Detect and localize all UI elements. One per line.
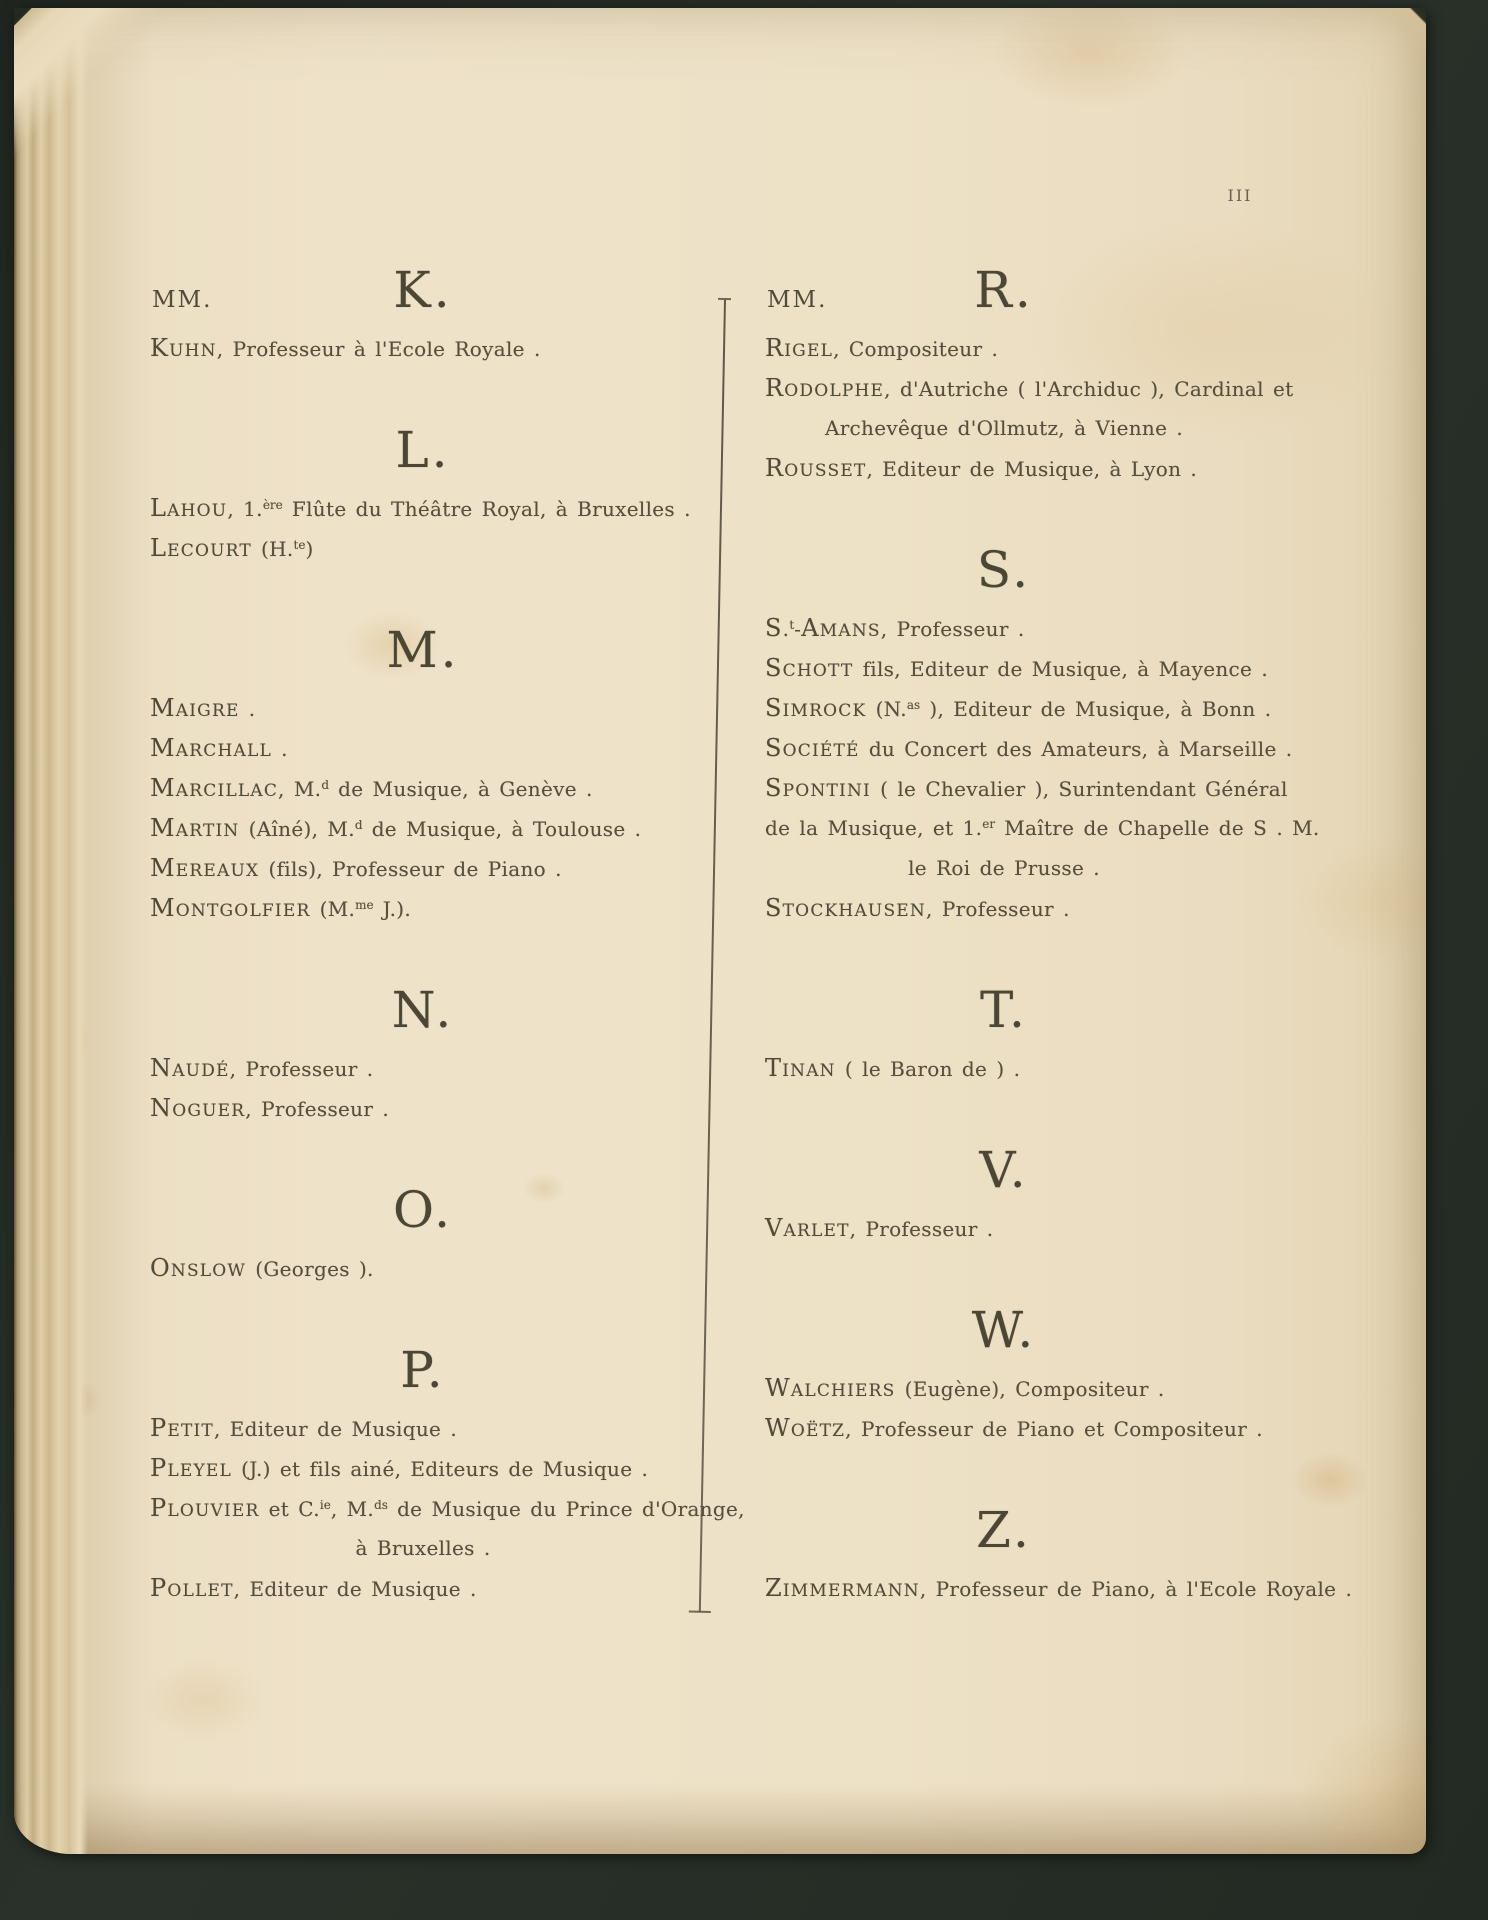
entry-line: Petit, Editeur de Musique . (150, 1408, 696, 1448)
entry-text: ( le Baron de ) . (836, 1057, 1020, 1081)
section-heading: M. (150, 622, 696, 678)
section-heading: P. (150, 1342, 696, 1398)
entry-line: Varlet, Professeur . (765, 1208, 1243, 1248)
section-heading: MM.K. (150, 262, 696, 318)
entry-line: Pleyel (J.) et fils ainé, Editeurs de Mu… (150, 1448, 696, 1488)
entry-name: Pleyel (150, 1454, 232, 1482)
page-edge-binding (14, 8, 88, 1854)
entry-text: ) (305, 537, 313, 561)
section-p: P.Petit, Editeur de Musique .Pleyel (J.)… (150, 1342, 696, 1608)
entry-line: le Roi de Prusse . (765, 848, 1243, 888)
entry-line: Marchall . (150, 728, 696, 768)
entry-text: , Professeur de Piano et Compositeur . (845, 1417, 1263, 1441)
section-heading: Z. (765, 1502, 1243, 1558)
section-heading: S. (765, 542, 1243, 598)
entry-text: (J.) et fils ainé, Editeurs de Musique . (232, 1457, 648, 1481)
superscript: d (321, 778, 329, 792)
entry-name: Mereaux (150, 854, 259, 882)
section-z: Z.Zimmermann, Professeur de Piano, à l'E… (765, 1502, 1243, 1608)
entry-line: Martin (Aîné), M.d de Musique, à Toulous… (150, 808, 696, 848)
entry-line: Rodolphe, d'Autriche ( l'Archiduc ), Car… (765, 368, 1243, 408)
section-letter: R. (974, 261, 1034, 319)
entry-name: Kuhn (150, 334, 217, 362)
entry-line: Plouvier et C.ie, M.ds de Musique du Pri… (150, 1488, 696, 1528)
entry-line: Simrock (N.as ), Editeur de Musique, à B… (765, 688, 1243, 728)
entry-name: Zimmermann (765, 1574, 920, 1602)
entry-text: , Editeur de Musique, à Lyon . (866, 457, 1197, 481)
entry-text: de la Musique, et 1. (765, 816, 982, 840)
entry-text: , Editeur de Musique . (234, 1577, 477, 1601)
entry-line: Société du Concert des Amateurs, à Marse… (765, 728, 1243, 768)
page: III MM.K.Kuhn, Professeur à l'Ecole Roya… (14, 8, 1426, 1854)
superscript: te (294, 538, 306, 552)
entry-text: à Bruxelles . (355, 1536, 490, 1560)
entry-text: de Musique du Prince d'Orange, (388, 1497, 745, 1521)
entry-text: (Georges ). (246, 1257, 374, 1281)
section-letter: M. (386, 621, 459, 679)
entry-name: Marcillac (150, 774, 278, 802)
section-letter: L. (395, 421, 450, 479)
entry-text: , Professeur . (850, 1217, 994, 1241)
section-k: MM.K.Kuhn, Professeur à l'Ecole Royale . (150, 262, 696, 368)
entry-name: Tinan (765, 1054, 836, 1082)
entry-name: Walchiers (765, 1374, 895, 1402)
entry-text: Archevêque d'Ollmutz, à Vienne . (825, 416, 1183, 440)
entry-line: Mereaux (fils), Professeur de Piano . (150, 848, 696, 888)
entry-line: S.t-Amans, Professeur . (765, 608, 1243, 648)
entry-text: , M. (278, 777, 321, 801)
entry-name: Onslow (150, 1254, 246, 1282)
entry-text: (N. (866, 697, 906, 721)
entry-name: Marchall (150, 734, 272, 762)
section-letter: O. (393, 1181, 453, 1239)
entry-text: du Concert des Amateurs, à Marseille . (860, 737, 1293, 761)
superscript: me (355, 898, 373, 912)
entry-text: de Musique, à Genève . (329, 777, 593, 801)
entry-name: Stockhausen (765, 894, 926, 922)
entry-text: . (240, 697, 256, 721)
section-letter: W. (972, 1301, 1037, 1359)
entry-text: (Aîné), M. (239, 817, 354, 841)
entry-text: J.). (374, 897, 411, 921)
section-heading: MM.R. (765, 262, 1243, 318)
section-letter: K. (393, 261, 452, 319)
entry-line: Walchiers (Eugène), Compositeur . (765, 1368, 1243, 1408)
entry-text: ), Editeur de Musique, à Bonn . (920, 697, 1271, 721)
entry-text: de Musique, à Toulouse . (363, 817, 642, 841)
entry-line: Montgolfier (M.me J.). (150, 888, 696, 928)
superscript: ds (374, 1498, 388, 1512)
entry-line: Tinan ( le Baron de ) . (765, 1048, 1243, 1088)
entry-text: , Compositeur . (833, 337, 998, 361)
entry-line: de la Musique, et 1.er Maître de Chapell… (765, 808, 1243, 848)
entry-name: Montgolfier (150, 894, 310, 922)
section-heading: T. (765, 982, 1243, 1038)
entry-line: Rousset, Editeur de Musique, à Lyon . (765, 448, 1243, 488)
column-right: MM.R.Rigel, Compositeur .Rodolphe, d'Aut… (765, 262, 1243, 1608)
section-t: T.Tinan ( le Baron de ) . (765, 982, 1243, 1088)
entry-text: fils, Editeur de Musique, à Mayence . (853, 657, 1268, 681)
section-letter: V. (979, 1141, 1028, 1199)
entry-line: Lecourt (H.te) (150, 528, 696, 568)
entry-line: Lahou, 1.ère Flûte du Théâtre Royal, à B… (150, 488, 696, 528)
entry-name: Spontini (765, 774, 871, 802)
entry-line: Zimmermann, Professeur de Piano, à l'Eco… (765, 1568, 1243, 1608)
entry-line: Rigel, Compositeur . (765, 328, 1243, 368)
entry-text: , Professeur à l'Ecole Royale . (217, 337, 541, 361)
entry-name: Plouvier (150, 1494, 260, 1522)
entry-text: (fils), Professeur de Piano . (259, 857, 562, 881)
entry-name: Pollet (150, 1574, 234, 1602)
entry-name: Rodolphe (765, 374, 884, 402)
folded-corner-top-left (14, 8, 174, 178)
section-n: N.Naudé, Professeur .Noguer, Professeur … (150, 982, 696, 1128)
entry-text: (Eugène), Compositeur . (895, 1377, 1164, 1401)
entry-name: S (765, 614, 783, 642)
entry-name: Petit (150, 1414, 214, 1442)
entry-name: Simrock (765, 694, 866, 722)
entry-name: Noguer (150, 1094, 245, 1122)
superscript: d (355, 818, 363, 832)
entry-name: Naudé (150, 1054, 230, 1082)
entry-text: (M. (310, 897, 355, 921)
section-letter: P. (400, 1341, 445, 1399)
entry-line: Maigre . (150, 688, 696, 728)
section-m: M.Maigre .Marchall .Marcillac, M.d de Mu… (150, 622, 696, 928)
section-letter: Z. (976, 1501, 1032, 1559)
entry-text: , Editeur de Musique . (214, 1417, 457, 1441)
section-s: S.S.t-Amans, Professeur .Schott fils, Ed… (765, 542, 1243, 928)
entry-text: , Professeur . (926, 897, 1070, 921)
entry-name: Varlet (765, 1214, 850, 1242)
entry-name: Amans (801, 614, 881, 642)
entry-name: Société (765, 734, 860, 762)
entry-name: Rigel (765, 334, 833, 362)
superscript: ère (263, 498, 283, 512)
section-r: MM.R.Rigel, Compositeur .Rodolphe, d'Aut… (765, 262, 1243, 488)
section-letter: S. (977, 541, 1031, 599)
entry-line: à Bruxelles . (150, 1528, 696, 1568)
section-letter: N. (392, 981, 454, 1039)
entry-name: Rousset (765, 454, 866, 482)
section-o: O.Onslow (Georges ). (150, 1182, 696, 1288)
entry-text: , Professeur . (245, 1097, 389, 1121)
superscript: er (982, 817, 995, 831)
entry-line: Spontini ( le Chevalier ), Surintendant … (765, 768, 1243, 808)
section-l: L.Lahou, 1.ère Flûte du Théâtre Royal, à… (150, 422, 696, 568)
entry-name: Lecourt (150, 534, 252, 562)
section-w: W.Walchiers (Eugène), Compositeur .Woëtz… (765, 1302, 1243, 1448)
entry-name: Schott (765, 654, 853, 682)
entry-line: Naudé, Professeur . (150, 1048, 696, 1088)
entry-line: Pollet, Editeur de Musique . (150, 1568, 696, 1608)
section-heading: V. (765, 1142, 1243, 1198)
entry-text: Flûte du Théâtre Royal, à Bruxelles . (283, 497, 691, 521)
entry-text: Maître de Chapelle de S . M. (995, 816, 1319, 840)
section-heading: L. (150, 422, 696, 478)
page-number: III (1210, 186, 1270, 205)
column-label: MM. (152, 289, 212, 312)
entry-text: , d'Autriche ( l'Archiduc ), Cardinal et (884, 377, 1293, 401)
entry-line: Archevêque d'Ollmutz, à Vienne . (765, 408, 1243, 448)
entry-name: Maigre (150, 694, 240, 722)
entry-name: Martin (150, 814, 239, 842)
entry-line: Noguer, Professeur . (150, 1088, 696, 1128)
section-heading: N. (150, 982, 696, 1038)
section-heading: O. (150, 1182, 696, 1238)
entry-text: , Professeur . (881, 617, 1025, 641)
section-v: V.Varlet, Professeur . (765, 1142, 1243, 1248)
entry-line: Onslow (Georges ). (150, 1248, 696, 1288)
entry-text: ( le Chevalier ), Surintendant Général (871, 777, 1288, 801)
scanned-book-page: { "colors": { "background": "#262d25", "… (0, 0, 1488, 1920)
entry-text: le Roi de Prusse . (908, 856, 1100, 880)
entry-text: et C. (260, 1497, 320, 1521)
entry-line: Kuhn, Professeur à l'Ecole Royale . (150, 328, 696, 368)
entry-line: Woëtz, Professeur de Piano et Compositeu… (765, 1408, 1243, 1448)
entry-line: Marcillac, M.d de Musique, à Genève . (150, 768, 696, 808)
column-left: MM.K.Kuhn, Professeur à l'Ecole Royale .… (150, 262, 696, 1608)
entry-text: , 1. (227, 497, 263, 521)
entry-line: Stockhausen, Professeur . (765, 888, 1243, 928)
entry-text: , Professeur . (230, 1057, 374, 1081)
folded-corner-top-right (1342, 8, 1426, 72)
entry-text: , M. (331, 1497, 374, 1521)
column-label: MM. (767, 289, 827, 312)
entry-line: Schott fils, Editeur de Musique, à Mayen… (765, 648, 1243, 688)
section-letter: T. (980, 981, 1028, 1039)
superscript: as (907, 698, 920, 712)
column-divider (699, 300, 726, 1612)
entry-text: , Professeur de Piano, à l'Ecole Royale … (920, 1577, 1352, 1601)
section-heading: W. (765, 1302, 1243, 1358)
entry-text: (H. (252, 537, 294, 561)
entry-name: Woëtz (765, 1414, 845, 1442)
entry-text: . (272, 737, 288, 761)
entry-name: Lahou (150, 494, 227, 522)
superscript: ie (320, 1498, 331, 1512)
